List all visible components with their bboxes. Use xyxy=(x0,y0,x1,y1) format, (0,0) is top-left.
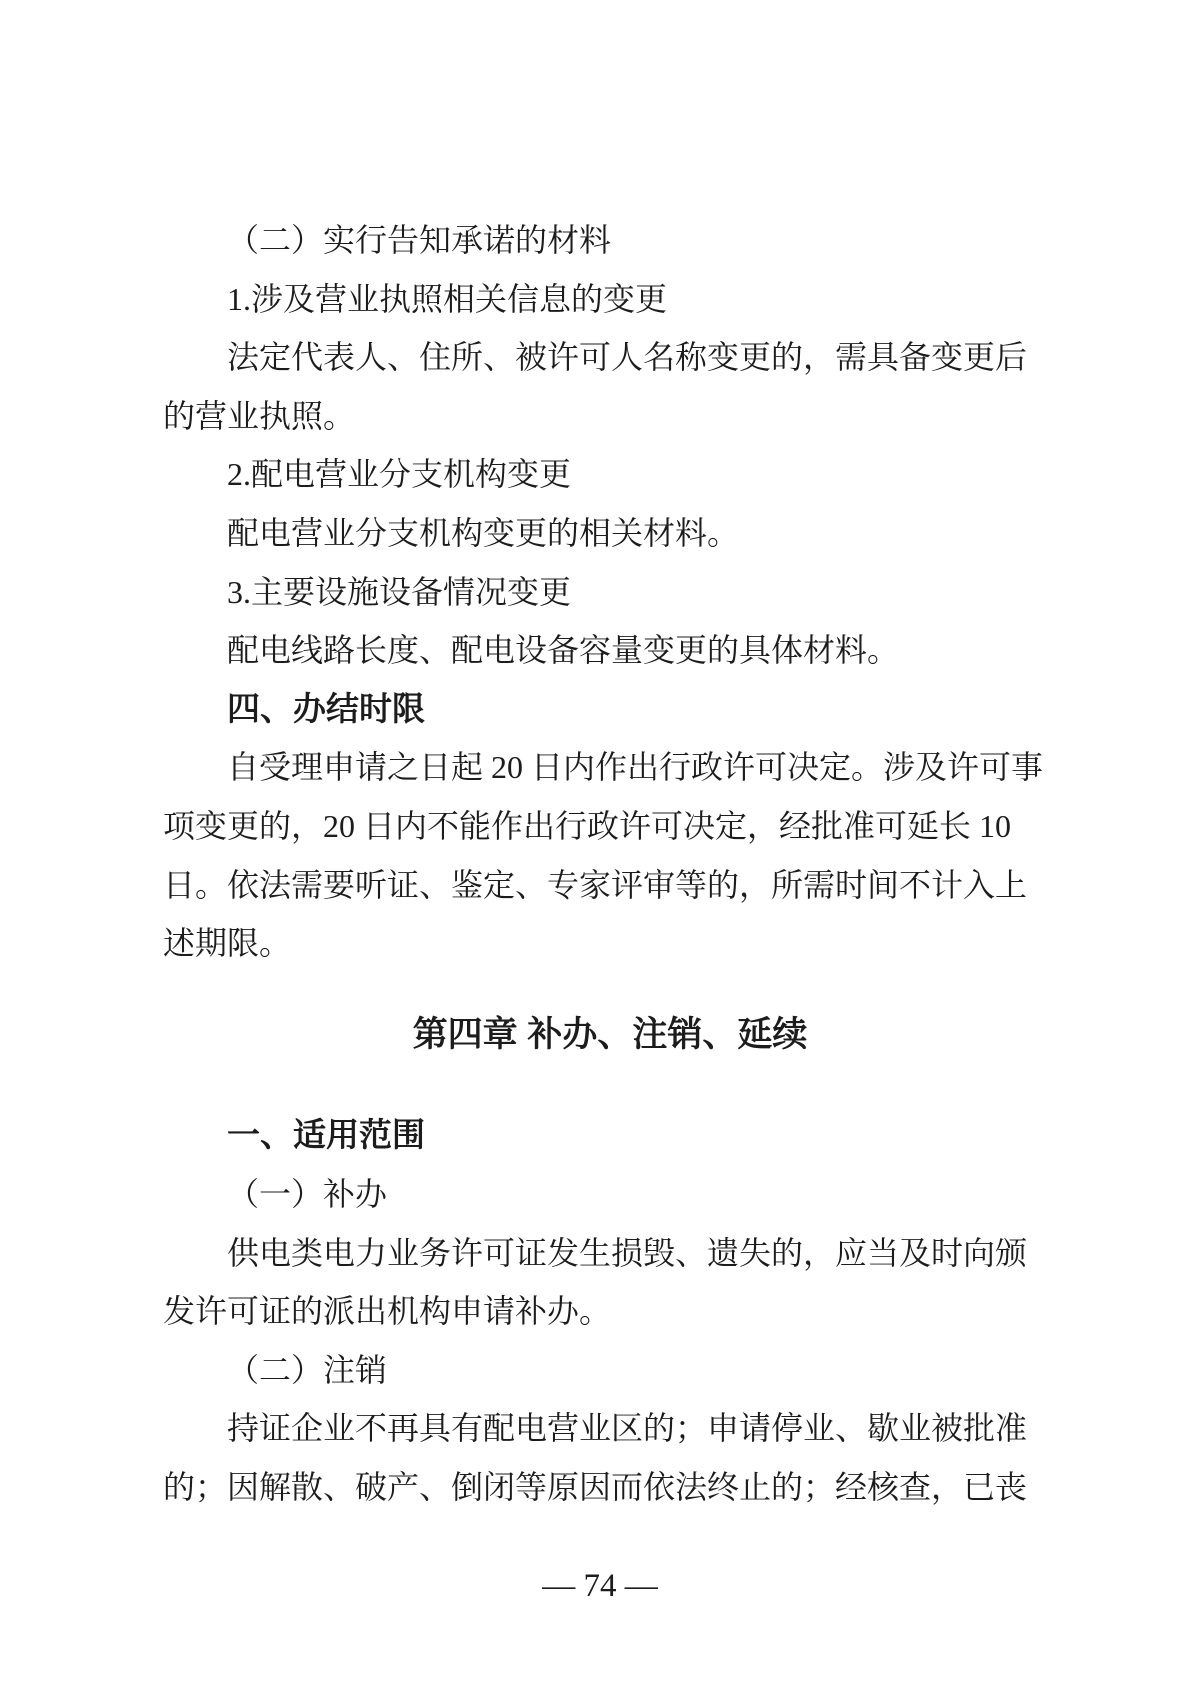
section-heading-scope: 一、适用范围 xyxy=(163,1106,1057,1165)
numbered-item-3-title: 3.主要设施设备情况变更 xyxy=(163,563,1057,622)
reissue-body-line-1: 供电类电力业务许可证发生损毁、遗失的，应当及时向颁 xyxy=(163,1224,1057,1283)
item-2-body: 配电营业分支机构变更的相关材料。 xyxy=(163,504,1057,563)
cancel-body-line-1: 持证企业不再具有配电营业区的；申请停业、歇业被批准 xyxy=(163,1399,1057,1458)
time-limit-body-line-4: 述期限。 xyxy=(163,914,1057,973)
numbered-item-1-title: 1.涉及营业执照相关信息的变更 xyxy=(163,270,1057,329)
item-1-body-line-1: 法定代表人、住所、被许可人名称变更的，需具备变更后 xyxy=(163,328,1057,387)
time-limit-body-line-3: 日。依法需要听证、鉴定、专家评审等的，所需时间不计入上 xyxy=(163,856,1057,915)
item-heading-notice-materials: （二）实行告知承诺的材料 xyxy=(163,211,1057,270)
cancel-body-line-2: 的；因解散、破产、倒闭等原因而依法终止的；经核查，已丧 xyxy=(163,1458,1057,1517)
chapter-heading: 第四章 补办、注销、延续 xyxy=(163,1006,1057,1065)
document-page: （二）实行告知承诺的材料 1.涉及营业执照相关信息的变更 法定代表人、住所、被许… xyxy=(0,0,1200,1696)
page-number: — 74 — xyxy=(0,1566,1200,1606)
reissue-body-line-2: 发许可证的派出机构申请补办。 xyxy=(163,1282,1057,1341)
section-heading-time-limit: 四、办结时限 xyxy=(163,680,1057,739)
item-3-body: 配电线路长度、配电设备容量变更的具体材料。 xyxy=(163,621,1057,680)
item-1-body-line-2: 的营业执照。 xyxy=(163,387,1057,446)
numbered-item-2-title: 2.配电营业分支机构变更 xyxy=(163,445,1057,504)
item-heading-cancel: （二）注销 xyxy=(163,1341,1057,1400)
time-limit-body-line-1: 自受理申请之日起 20 日内作出行政许可决定。涉及许可事 xyxy=(163,738,1057,797)
time-limit-body-line-2: 项变更的，20 日内不能作出行政许可决定，经批准可延长 10 xyxy=(163,797,1057,856)
item-heading-reissue: （一）补办 xyxy=(163,1165,1057,1224)
document-body: （二）实行告知承诺的材料 1.涉及营业执照相关信息的变更 法定代表人、住所、被许… xyxy=(0,0,1057,1516)
